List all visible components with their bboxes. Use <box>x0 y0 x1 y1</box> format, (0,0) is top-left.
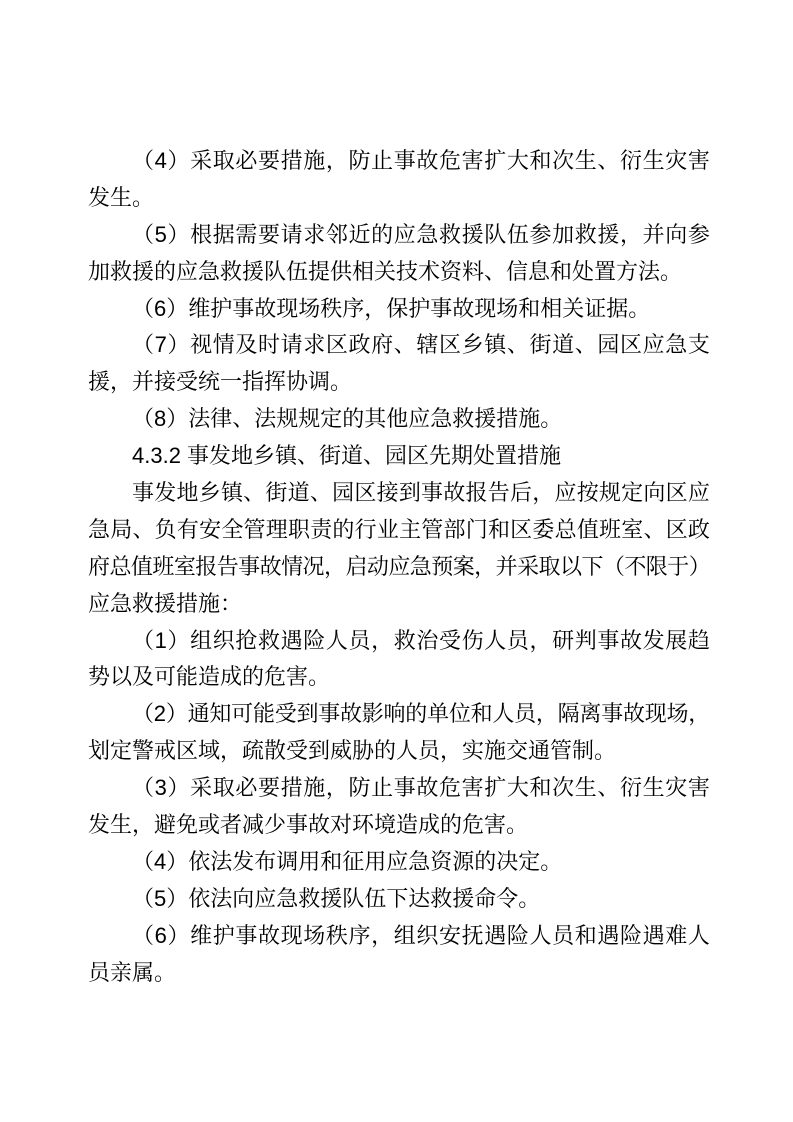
paragraph-local-measure-6: （6）维护事故现场秩序，组织安抚遇险人员和遇险遇难人员亲属。 <box>88 918 710 992</box>
text-line: 事发地乡镇、街道、园区接到事故报告后，应按规定向区应 <box>88 475 710 512</box>
paragraph-section-4-3-2-intro: 事发地乡镇、街道、园区接到事故报告后，应按规定向区应急局、负有安全管理职责的行业… <box>88 475 710 623</box>
paragraph-local-measure-5: （5）依法向应急救援队伍下达救援命令。 <box>88 881 710 918</box>
text-line: （1）组织抢救遇险人员，救治受伤人员，研判事故发展趋 <box>88 623 710 660</box>
text-line: 急局、负有安全管理职责的行业主管部门和区委总值班室、区政 <box>88 512 710 549</box>
text-line: （5）根据需要请求邻近的应急救援队伍参加救援，并向参 <box>88 217 710 254</box>
text-line: （6）维护事故现场秩序，组织安抚遇险人员和遇险遇难人 <box>88 918 710 955</box>
paragraph-district-measure-8: （8）法律、法规规定的其他应急救援措施。 <box>88 401 710 438</box>
text-line: 员亲属。 <box>88 955 710 992</box>
paragraph-local-measure-1: （1）组织抢救遇险人员，救治受伤人员，研判事故发展趋势以及可能造成的危害。 <box>88 623 710 697</box>
text-line: （4）依法发布调用和征用应急资源的决定。 <box>88 844 710 881</box>
paragraph-district-measure-4: （4）采取必要措施，防止事故危害扩大和次生、衍生灾害发生。 <box>88 143 710 217</box>
text-line: 加救援的应急救援队伍提供相关技术资料、信息和处置方法。 <box>88 254 710 291</box>
text-line: 援，并接受统一指挥协调。 <box>88 364 710 401</box>
text-line: （4）采取必要措施，防止事故危害扩大和次生、衍生灾害 <box>88 143 710 180</box>
text-line: 4.3.2 事发地乡镇、街道、园区先期处置措施 <box>88 438 710 475</box>
paragraph-district-measure-6: （6）维护事故现场秩序，保护事故现场和相关证据。 <box>88 291 710 328</box>
section-heading: 4.3.2 事发地乡镇、街道、园区先期处置措施 <box>88 438 710 475</box>
document-page: （4）采取必要措施，防止事故危害扩大和次生、衍生灾害发生。（5）根据需要请求邻近… <box>0 0 793 1122</box>
text-line: 势以及可能造成的危害。 <box>88 659 710 696</box>
text-line: （2）通知可能受到事故影响的单位和人员，隔离事故现场， <box>88 696 710 733</box>
paragraph-district-measure-7: （7）视情及时请求区政府、辖区乡镇、街道、园区应急支援，并接受统一指挥协调。 <box>88 327 710 401</box>
text-line: （3）采取必要措施，防止事故危害扩大和次生、衍生灾害 <box>88 770 710 807</box>
document-body: （4）采取必要措施，防止事故危害扩大和次生、衍生灾害发生。（5）根据需要请求邻近… <box>88 143 710 991</box>
text-line: 府总值班室报告事故情况，启动应急预案，并采取以下（不限于） <box>88 549 710 586</box>
text-line: （7）视情及时请求区政府、辖区乡镇、街道、园区应急支 <box>88 327 710 364</box>
paragraph-local-measure-2: （2）通知可能受到事故影响的单位和人员，隔离事故现场，划定警戒区域，疏散受到威胁… <box>88 696 710 770</box>
text-line: 划定警戒区域，疏散受到威胁的人员，实施交通管制。 <box>88 733 710 770</box>
paragraph-local-measure-4: （4）依法发布调用和征用应急资源的决定。 <box>88 844 710 881</box>
paragraph-local-measure-3: （3）采取必要措施，防止事故危害扩大和次生、衍生灾害发生，避免或者减少事故对环境… <box>88 770 710 844</box>
text-line: （6）维护事故现场秩序，保护事故现场和相关证据。 <box>88 291 710 328</box>
text-line: 发生。 <box>88 180 710 217</box>
text-line: （8）法律、法规规定的其他应急救援措施。 <box>88 401 710 438</box>
paragraph-district-measure-5: （5）根据需要请求邻近的应急救援队伍参加救援，并向参加救援的应急救援队伍提供相关… <box>88 217 710 291</box>
text-line: 应急救援措施： <box>88 586 710 623</box>
text-line: （5）依法向应急救援队伍下达救援命令。 <box>88 881 710 918</box>
text-line: 发生，避免或者减少事故对环境造成的危害。 <box>88 807 710 844</box>
